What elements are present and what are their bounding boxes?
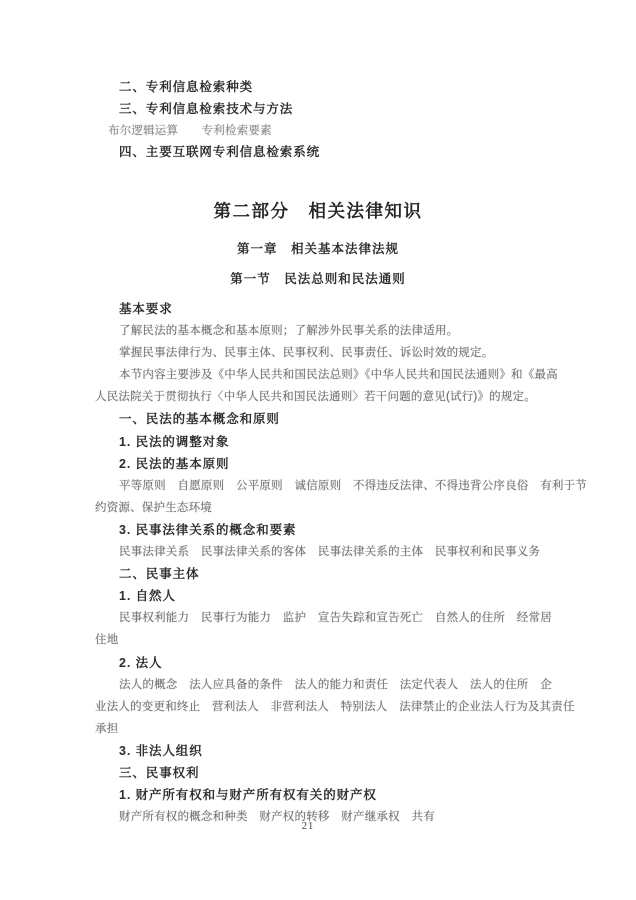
body-line: 1. 财产所有权和与财产所有权有关的财产权 bbox=[95, 784, 561, 806]
toc-line: 三、专利信息检索技术与方法 bbox=[95, 99, 556, 121]
document-page: 二、专利信息检索种类三、专利信息检索技术与方法布尔逻辑运算 专利检索要素四、主要… bbox=[0, 0, 636, 900]
body-line: 掌握民事法律行为、民事主体、民事权利、民事责任、诉讼时效的规定。 bbox=[95, 342, 561, 364]
body-line: 3. 民事法律关系的概念和要素 bbox=[95, 519, 561, 541]
body-line: 1. 民法的调整对象 bbox=[95, 431, 561, 453]
body-line: 一、民法的基本概念和原则 bbox=[95, 408, 561, 430]
body-line: 2. 民法的基本原则 bbox=[95, 453, 561, 475]
body-line: 业法人的变更和终止 营利法人 非营利法人 特别法人 法律禁止的企业法人行为及其责… bbox=[95, 696, 561, 718]
body-line: 平等原则 自愿原则 公平原则 诚信原则 不得违反法律、不得违背公序良俗 有利于节 bbox=[95, 475, 561, 497]
body-line: 3. 非法人组织 bbox=[95, 740, 561, 762]
body-line: 约资源、保护生态环境 bbox=[95, 497, 561, 519]
body-line: 民事法律关系 民事法律关系的客体 民事法律关系的主体 民事权利和民事义务 bbox=[95, 541, 561, 563]
toc-list: 二、专利信息检索种类三、专利信息检索技术与方法布尔逻辑运算 专利检索要素四、主要… bbox=[95, 77, 556, 164]
toc-line: 四、主要互联网专利信息检索系统 bbox=[95, 142, 556, 164]
part-title: 第二部分 相关法律知识 bbox=[0, 199, 636, 223]
body-line: 了解民法的基本概念和基本原则；了解涉外民事关系的法律适用。 bbox=[95, 320, 561, 342]
toc-line: 二、专利信息检索种类 bbox=[95, 77, 556, 99]
chapter-title: 第一章 相关基本法律法规 bbox=[0, 241, 636, 257]
body-line: 本节内容主要涉及《中华人民共和国民法总则》《中华人民共和国民法通则》和《最高 bbox=[95, 364, 561, 386]
page-number: 21 bbox=[0, 821, 616, 832]
body-line: 人民法院关于贯彻执行〈中华人民共和国民法通则〉若干问题的意见(试行)》的规定。 bbox=[95, 386, 561, 408]
body-line: 三、民事权利 bbox=[95, 762, 561, 784]
body-line: 2. 法人 bbox=[95, 652, 561, 674]
section-title: 第一节 民法总则和民法通则 bbox=[0, 271, 636, 287]
body-text: 基本要求了解民法的基本概念和基本原则；了解涉外民事关系的法律适用。掌握民事法律行… bbox=[95, 298, 561, 828]
body-line: 住地 bbox=[95, 629, 561, 651]
body-line: 基本要求 bbox=[95, 298, 561, 320]
body-line: 1. 自然人 bbox=[95, 585, 561, 607]
body-line: 民事权利能力 民事行为能力 监护 宣告失踪和宣告死亡 自然人的住所 经常居 bbox=[95, 607, 561, 629]
body-line: 承担 bbox=[95, 718, 561, 740]
body-line: 法人的概念 法人应具备的条件 法人的能力和责任 法定代表人 法人的住所 企 bbox=[95, 674, 561, 696]
body-line: 二、民事主体 bbox=[95, 563, 561, 585]
toc-line: 布尔逻辑运算 专利检索要素 bbox=[95, 121, 556, 143]
